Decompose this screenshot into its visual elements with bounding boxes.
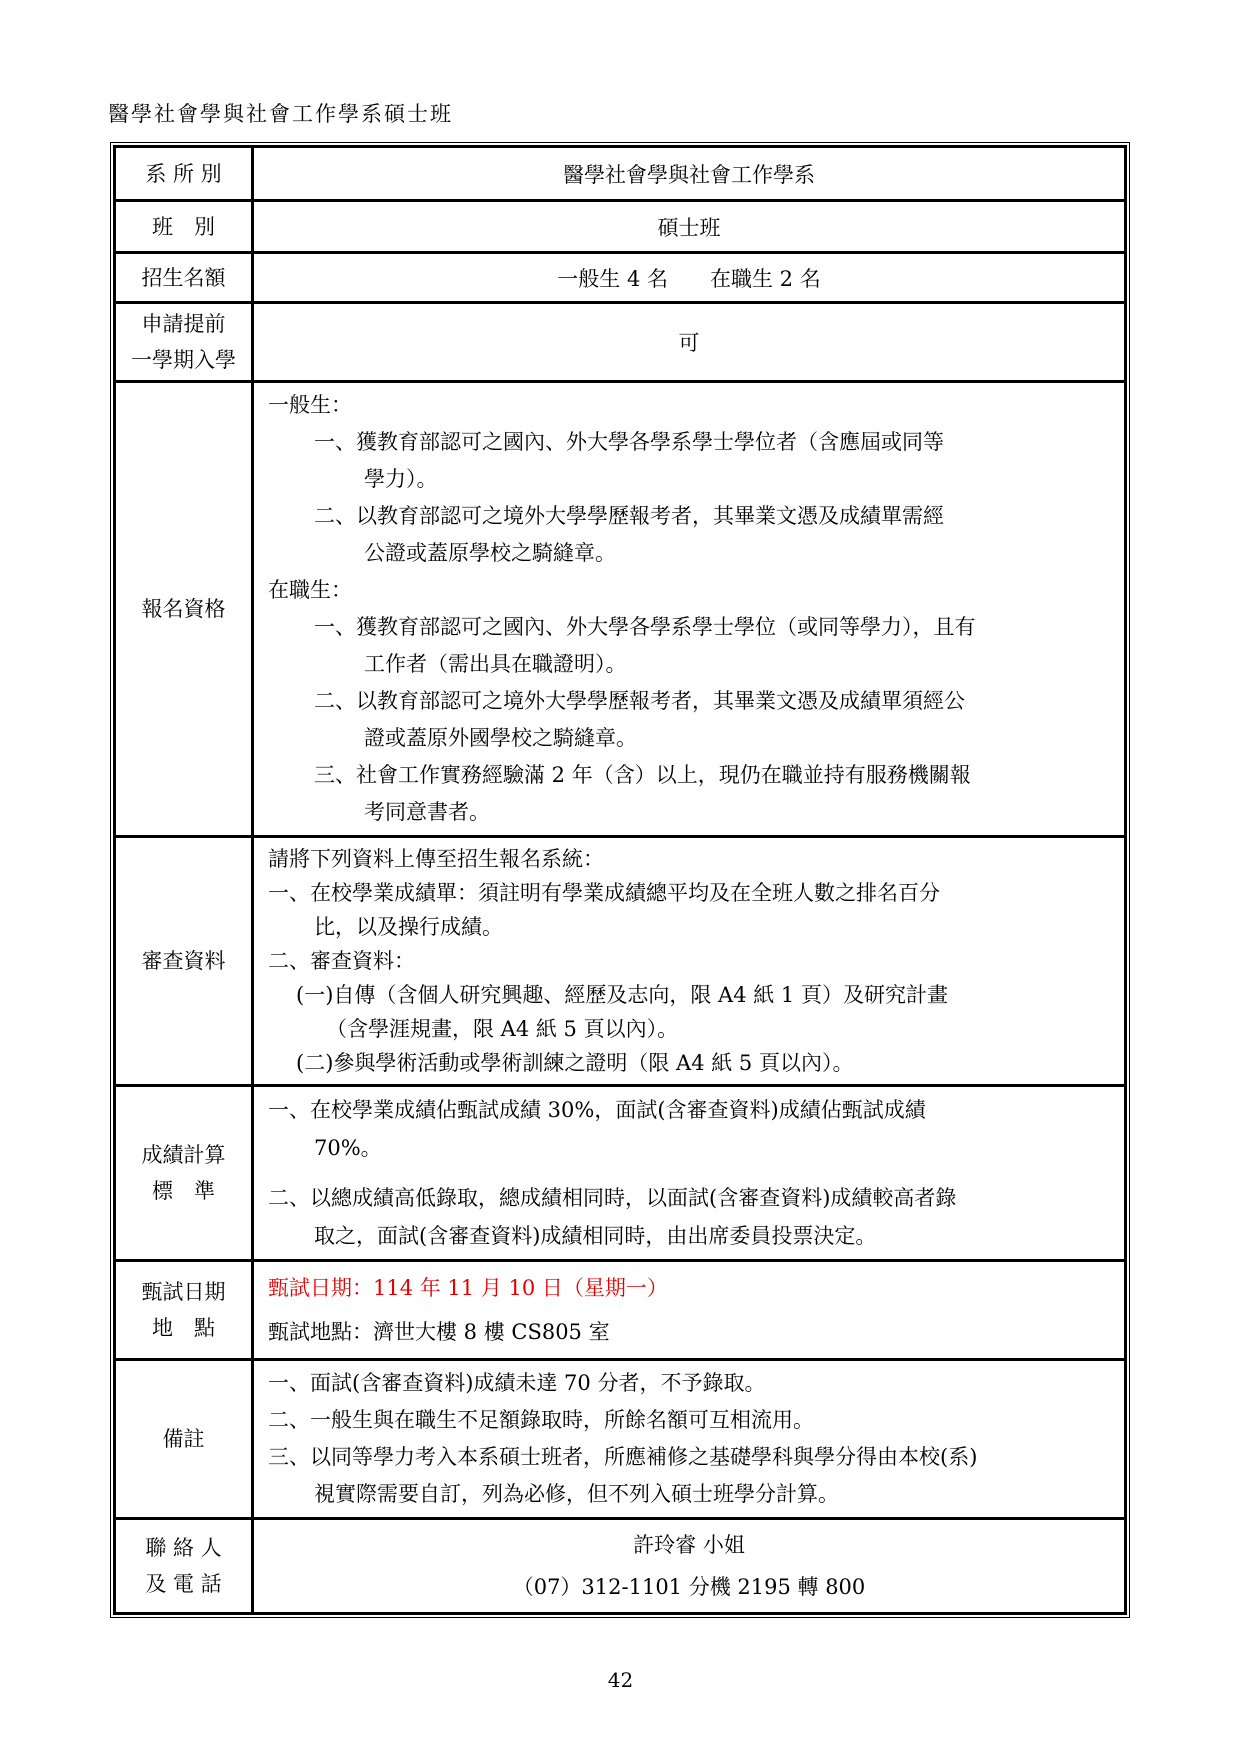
exam-schedule-label: 甄試日期 地 點 xyxy=(115,1261,253,1360)
eligibility-employed-header: 在職生： xyxy=(268,572,1110,609)
scoring-label: 成績計算 標 準 xyxy=(115,1086,253,1261)
row-review-materials: 審查資料 請將下列資料上傳至招生報名系統： 一、在校學業成績單：須註明有學業成績… xyxy=(115,837,1126,1086)
document-page: 醫學社會學與社會工作學系碩士班 系 所 別 醫學社會學與社會工作學系 班 別 碩… xyxy=(0,0,1241,1755)
review-materials-intro: 請將下列資料上傳至招生報名系統： xyxy=(268,842,1110,876)
row-class-type: 班 別 碩士班 xyxy=(115,201,1126,253)
row-remarks: 備註 一、面試(含審查資料)成績未達 70 分者，不予錄取。 二、一般生與在職生… xyxy=(115,1360,1126,1519)
class-type-label: 班 別 xyxy=(115,201,253,253)
quota-value: 一般生 4 名 在職生 2 名 xyxy=(253,253,1126,303)
eligibility-general-item: 一、獲教育部認可之國內、外大學各學系學士學位者（含應屆或同等 學力）。 xyxy=(268,424,1110,498)
scoring-item: 一、在校學業成績佔甄試成績 30%，面試(含審查資料)成績佔甄試成績 70%。 xyxy=(268,1091,1110,1167)
row-department: 系 所 別 醫學社會學與社會工作學系 xyxy=(115,147,1126,201)
remarks-label: 備註 xyxy=(115,1360,253,1519)
row-scoring: 成績計算 標 準 一、在校學業成績佔甄試成績 30%，面試(含審查資料)成績佔甄… xyxy=(115,1086,1126,1261)
review-materials-sub-item: (一)自傳（含個人研究興趣、經歷及志向，限 A4 紙 1 頁）及研究計畫 （含學… xyxy=(268,978,1110,1046)
admission-table: 系 所 別 醫學社會學與社會工作學系 班 別 碩士班 招生名額 一般生 4 名 … xyxy=(110,142,1130,1618)
eligibility-employed-item: 一、獲教育部認可之國內、外大學各學系學士學位（或同等學力），且有 工作者（需出具… xyxy=(268,609,1110,683)
document-title: 醫學社會學與社會工作學系碩士班 xyxy=(108,98,453,128)
review-materials-label: 審查資料 xyxy=(115,837,253,1086)
row-quota: 招生名額 一般生 4 名 在職生 2 名 xyxy=(115,253,1126,303)
remarks-item: 二、一般生與在職生不足額錄取時，所餘名額可互相流用。 xyxy=(268,1402,1110,1439)
remarks-item: 一、面試(含審查資料)成績未達 70 分者，不予錄取。 xyxy=(268,1365,1110,1402)
contact-content: 許玲睿 小姐 （07）312-1101 分機 2195 轉 800 xyxy=(253,1519,1126,1614)
contact-label: 聯 絡 人 及 電 話 xyxy=(115,1519,253,1614)
admission-table-grid: 系 所 別 醫學社會學與社會工作學系 班 別 碩士班 招生名額 一般生 4 名 … xyxy=(113,145,1127,1615)
contact-phone: （07）312-1101 分機 2195 轉 800 xyxy=(268,1566,1110,1608)
department-label: 系 所 別 xyxy=(115,147,253,201)
eligibility-employed-item: 二、以教育部認可之境外大學學歷報考者，其畢業文憑及成績單須經公 證或蓋原外國學校… xyxy=(268,683,1110,757)
review-materials-sub-item: (二)參與學術活動或學術訓練之證明（限 A4 紙 5 頁以內）。 xyxy=(268,1046,1110,1080)
early-entry-label: 申請提前 一學期入學 xyxy=(115,303,253,382)
remarks-item: 三、以同等學力考入本系碩士班者，所應補修之基礎學科與學分得由本校(系) 視實際需… xyxy=(268,1439,1110,1513)
eligibility-general-item: 二、以教育部認可之境外大學學歷報考者，其畢業文憑及成績單需經 公證或蓋原學校之騎… xyxy=(268,498,1110,572)
contact-name: 許玲睿 小姐 xyxy=(268,1524,1110,1566)
class-type-value: 碩士班 xyxy=(253,201,1126,253)
scoring-item: 二、以總成績高低錄取，總成績相同時，以面試(含審查資料)成績較高者錄 取之，面試… xyxy=(268,1179,1110,1255)
remarks-content: 一、面試(含審查資料)成績未達 70 分者，不予錄取。 二、一般生與在職生不足額… xyxy=(253,1360,1126,1519)
eligibility-content: 一般生： 一、獲教育部認可之國內、外大學各學系學士學位者（含應屆或同等 學力）。… xyxy=(253,382,1126,837)
exam-date-line: 甄試日期：114 年 11 月 10 日（星期一） xyxy=(268,1266,1110,1310)
review-materials-item: 一、在校學業成績單：須註明有學業成績總平均及在全班人數之排名百分 比，以及操行成… xyxy=(268,876,1110,944)
early-entry-value: 可 xyxy=(253,303,1126,382)
eligibility-employed-item: 三、社會工作實務經驗滿 2 年（含）以上，現仍在職並持有服務機關報 考同意書者。 xyxy=(268,757,1110,831)
scoring-content: 一、在校學業成績佔甄試成績 30%，面試(含審查資料)成績佔甄試成績 70%。 … xyxy=(253,1086,1126,1261)
page-number: 42 xyxy=(0,1668,1241,1692)
row-contact: 聯 絡 人 及 電 話 許玲睿 小姐 （07）312-1101 分機 2195 … xyxy=(115,1519,1126,1614)
row-exam-schedule: 甄試日期 地 點 甄試日期：114 年 11 月 10 日（星期一） 甄試地點：… xyxy=(115,1261,1126,1360)
department-value: 醫學社會學與社會工作學系 xyxy=(253,147,1126,201)
quota-label: 招生名額 xyxy=(115,253,253,303)
review-materials-item: 二、審查資料： xyxy=(268,944,1110,978)
row-eligibility: 報名資格 一般生： 一、獲教育部認可之國內、外大學各學系學士學位者（含應屆或同等… xyxy=(115,382,1126,837)
eligibility-general-header: 一般生： xyxy=(268,387,1110,424)
review-materials-content: 請將下列資料上傳至招生報名系統： 一、在校學業成績單：須註明有學業成績總平均及在… xyxy=(253,837,1126,1086)
exam-location-line: 甄試地點：濟世大樓 8 樓 CS805 室 xyxy=(268,1310,1110,1354)
eligibility-label: 報名資格 xyxy=(115,382,253,837)
exam-schedule-content: 甄試日期：114 年 11 月 10 日（星期一） 甄試地點：濟世大樓 8 樓 … xyxy=(253,1261,1126,1360)
row-early-entry: 申請提前 一學期入學 可 xyxy=(115,303,1126,382)
